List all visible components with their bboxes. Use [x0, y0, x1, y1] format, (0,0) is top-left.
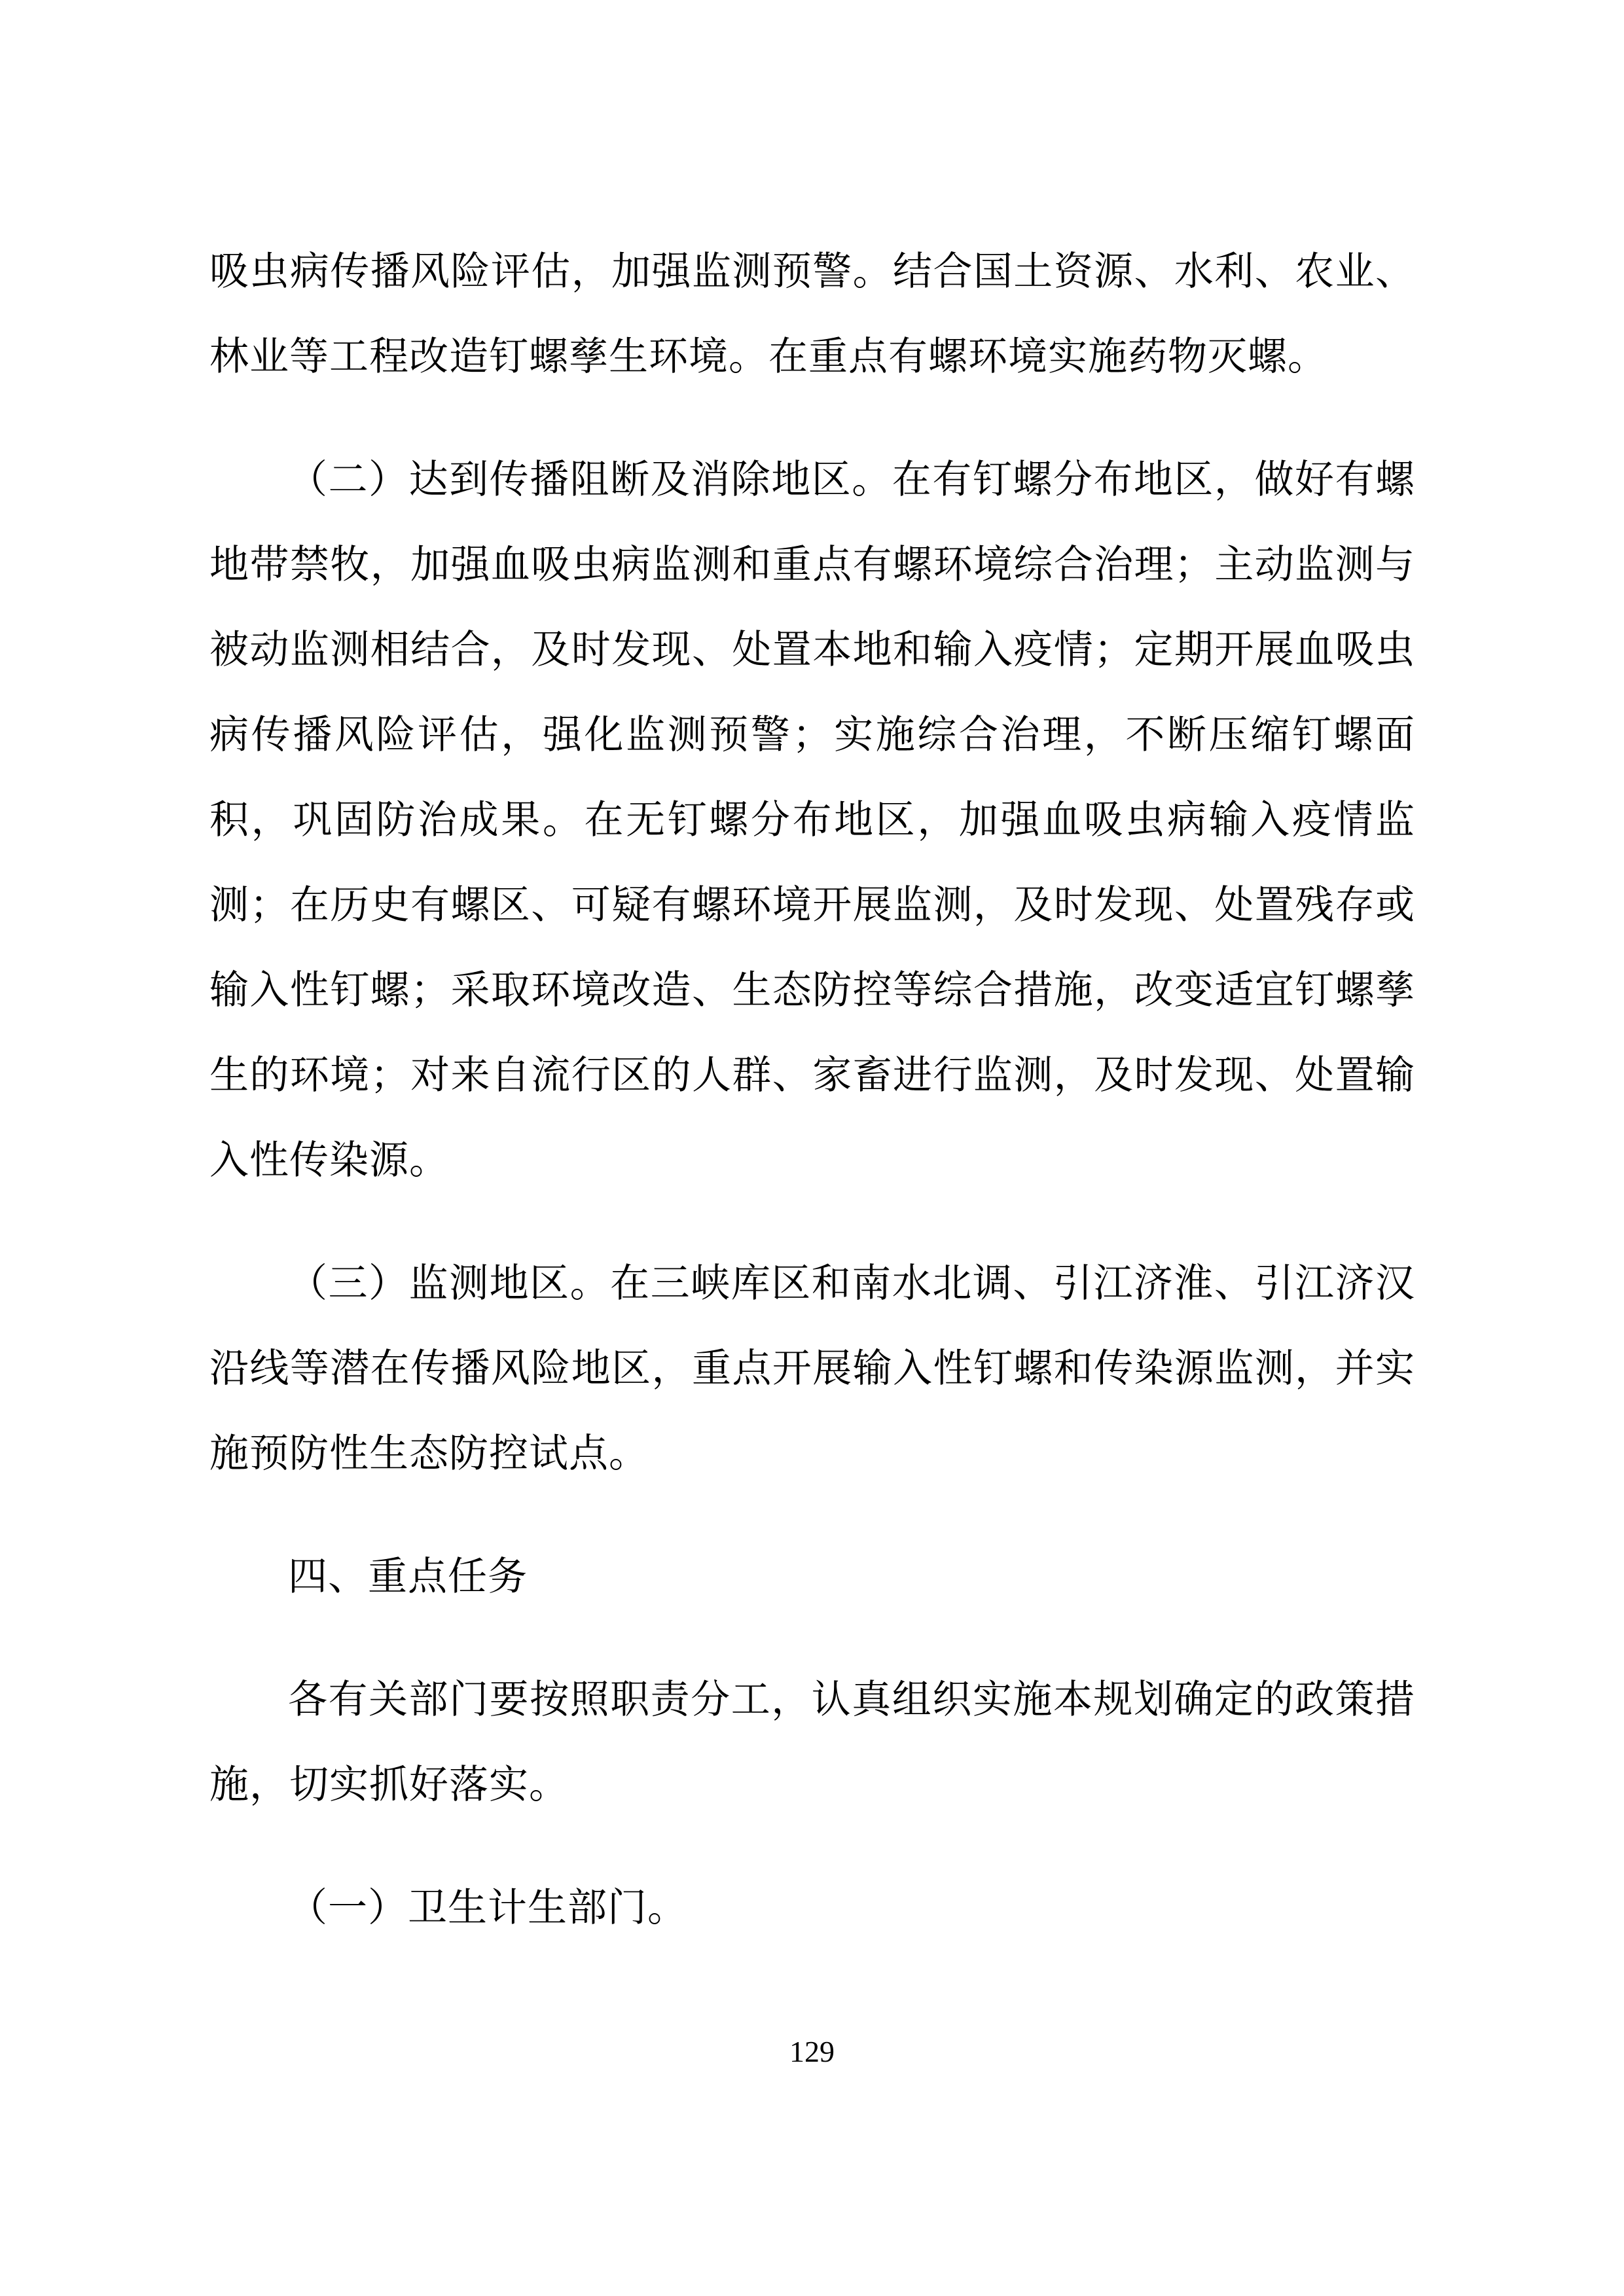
page-number: 129	[0, 2032, 1624, 2072]
paragraph-item-two: （二）达到传播阻断及消除地区。在有钉螺分布地区，做好有螺地带禁牧，加强血吸虫病监…	[209, 437, 1415, 1203]
section-heading: 四、重点任务	[209, 1534, 1415, 1619]
paragraph-item-three: （三）监测地区。在三峡库区和南水北调、引江济淮、引江济汉沿线等潜在传播风险地区，…	[209, 1241, 1415, 1496]
paragraph-continuation: 吸虫病传播风险评估，加强监测预警。结合国土资源、水利、农业、林业等工程改造钉螺孳…	[209, 229, 1415, 399]
paragraph-key-tasks-intro: 各有关部门要按照职责分工，认真组织实施本规划确定的政策措施，切实抓好落实。	[209, 1657, 1415, 1827]
paragraph-item-one-health: （一）卫生计生部门。	[209, 1865, 1415, 1950]
document-body: 吸虫病传播风险评估，加强监测预警。结合国土资源、水利、农业、林业等工程改造钉螺孳…	[209, 229, 1415, 1988]
document-page: 吸虫病传播风险评估，加强监测预警。结合国土资源、水利、农业、林业等工程改造钉螺孳…	[0, 0, 1624, 2296]
